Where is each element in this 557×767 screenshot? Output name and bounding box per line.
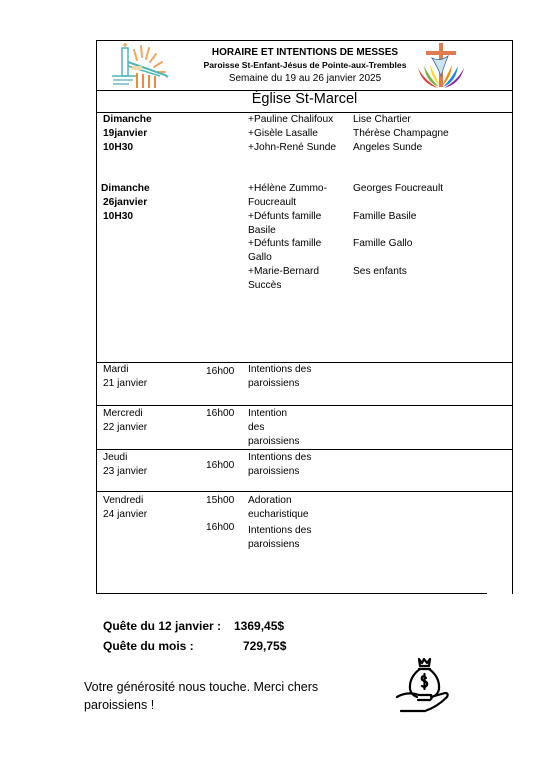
weekday-date: 23 janvier bbox=[103, 465, 147, 479]
table-border-left bbox=[96, 40, 97, 594]
intention-for: +Défunts famille bbox=[248, 210, 321, 224]
weekday-day: Mercredi bbox=[103, 407, 143, 421]
weekday-intention: des bbox=[248, 421, 264, 435]
weekday-intention: Intentions des bbox=[248, 363, 311, 377]
weekday-date: 22 janvier bbox=[103, 421, 147, 435]
weekday-day: Mardi bbox=[103, 363, 128, 377]
row-divider bbox=[96, 449, 513, 450]
document-title: HORAIRE ET INTENTIONS DE MESSES bbox=[180, 47, 430, 58]
intention-by: Angeles Sunde bbox=[353, 141, 422, 155]
hand-money-bag-icon bbox=[393, 655, 453, 717]
intention-for: +Défunts famille bbox=[248, 237, 321, 251]
weekday-intention: Adoration bbox=[248, 494, 292, 508]
sunday-2-time: 10H30 bbox=[103, 210, 133, 224]
intention-by: Lise Chartier bbox=[353, 113, 411, 127]
weekly-offering-amount: 1369,45$ bbox=[234, 619, 284, 633]
parish-name: Paroisse St-Enfant-Jésus de Pointe-aux-T… bbox=[180, 60, 430, 70]
sunday-2-date: 26janvier bbox=[103, 196, 147, 210]
thank-you-message: Votre générosité nous touche. Merci cher… bbox=[84, 678, 344, 714]
weekday-intention: Intentions des bbox=[248, 451, 311, 465]
weekday-intention: Intention bbox=[248, 407, 287, 421]
weekday-date: 24 janvier bbox=[103, 508, 147, 522]
weekday-intention: eucharistique bbox=[248, 508, 309, 522]
intention-for: +Marie-Bernard bbox=[248, 265, 319, 279]
weekday-time: 15h00 bbox=[206, 494, 234, 508]
weekday-date: 21 janvier bbox=[103, 377, 147, 391]
table-border-bottom bbox=[96, 593, 487, 594]
intention-by: Famille Gallo bbox=[353, 237, 412, 251]
monthly-offering-label: Quête du mois : bbox=[103, 639, 194, 653]
sunday-2-day: Dimanche bbox=[101, 182, 150, 196]
week-range: Semaine du 19 au 26 janvier 2025 bbox=[180, 73, 430, 84]
intention-for: +Hélène Zummo- bbox=[248, 182, 327, 196]
intention-by: Ses enfants bbox=[353, 265, 407, 279]
monthly-offering-amount: 729,75$ bbox=[243, 639, 286, 653]
weekday-time: 16h00 bbox=[206, 459, 234, 473]
intention-for: +Pauline Chalifoux bbox=[248, 113, 333, 127]
weekly-offering-label: Quête du 12 janvier : bbox=[103, 619, 221, 633]
intention-by: Georges Foucreault bbox=[353, 182, 443, 196]
weekday-time: 16h00 bbox=[206, 407, 234, 421]
weekday-intention: paroissiens bbox=[248, 538, 300, 552]
intention-by: Thérèse Champagne bbox=[353, 127, 449, 141]
intention-by: Famille Basile bbox=[353, 210, 416, 224]
sunday-1-day: Dimanche bbox=[103, 113, 152, 127]
weekday-day: Jeudi bbox=[103, 451, 127, 465]
weekday-time: 16h00 bbox=[206, 365, 234, 379]
intention-for: +John-René Sunde bbox=[248, 141, 336, 155]
church-sunburst-logo bbox=[110, 42, 175, 90]
intention-for: +Gisèle Lasalle bbox=[248, 127, 318, 141]
weekday-intention: paroissiens bbox=[248, 465, 300, 479]
weekday-intention: paroissiens bbox=[248, 435, 300, 449]
weekday-day: Vendredi bbox=[103, 494, 143, 508]
mass-schedule-page: HORAIRE ET INTENTIONS DE MESSES Paroisse… bbox=[0, 0, 557, 767]
intention-for: Basile bbox=[248, 224, 276, 238]
church-name: Église St-Marcel bbox=[96, 91, 513, 107]
table-border-right bbox=[512, 40, 513, 594]
weekday-time: 16h00 bbox=[206, 521, 234, 535]
row-divider bbox=[96, 405, 513, 406]
sunday-1-date: 19janvier bbox=[103, 127, 147, 141]
row-divider bbox=[96, 491, 513, 492]
intention-for: Foucreault bbox=[248, 196, 296, 210]
sunday-1-time: 10H30 bbox=[103, 141, 133, 155]
intention-for: Gallo bbox=[248, 251, 272, 265]
weekday-intention: Intentions des bbox=[248, 524, 311, 538]
weekday-intention: paroissiens bbox=[248, 377, 300, 391]
intention-for: Succès bbox=[248, 279, 281, 293]
